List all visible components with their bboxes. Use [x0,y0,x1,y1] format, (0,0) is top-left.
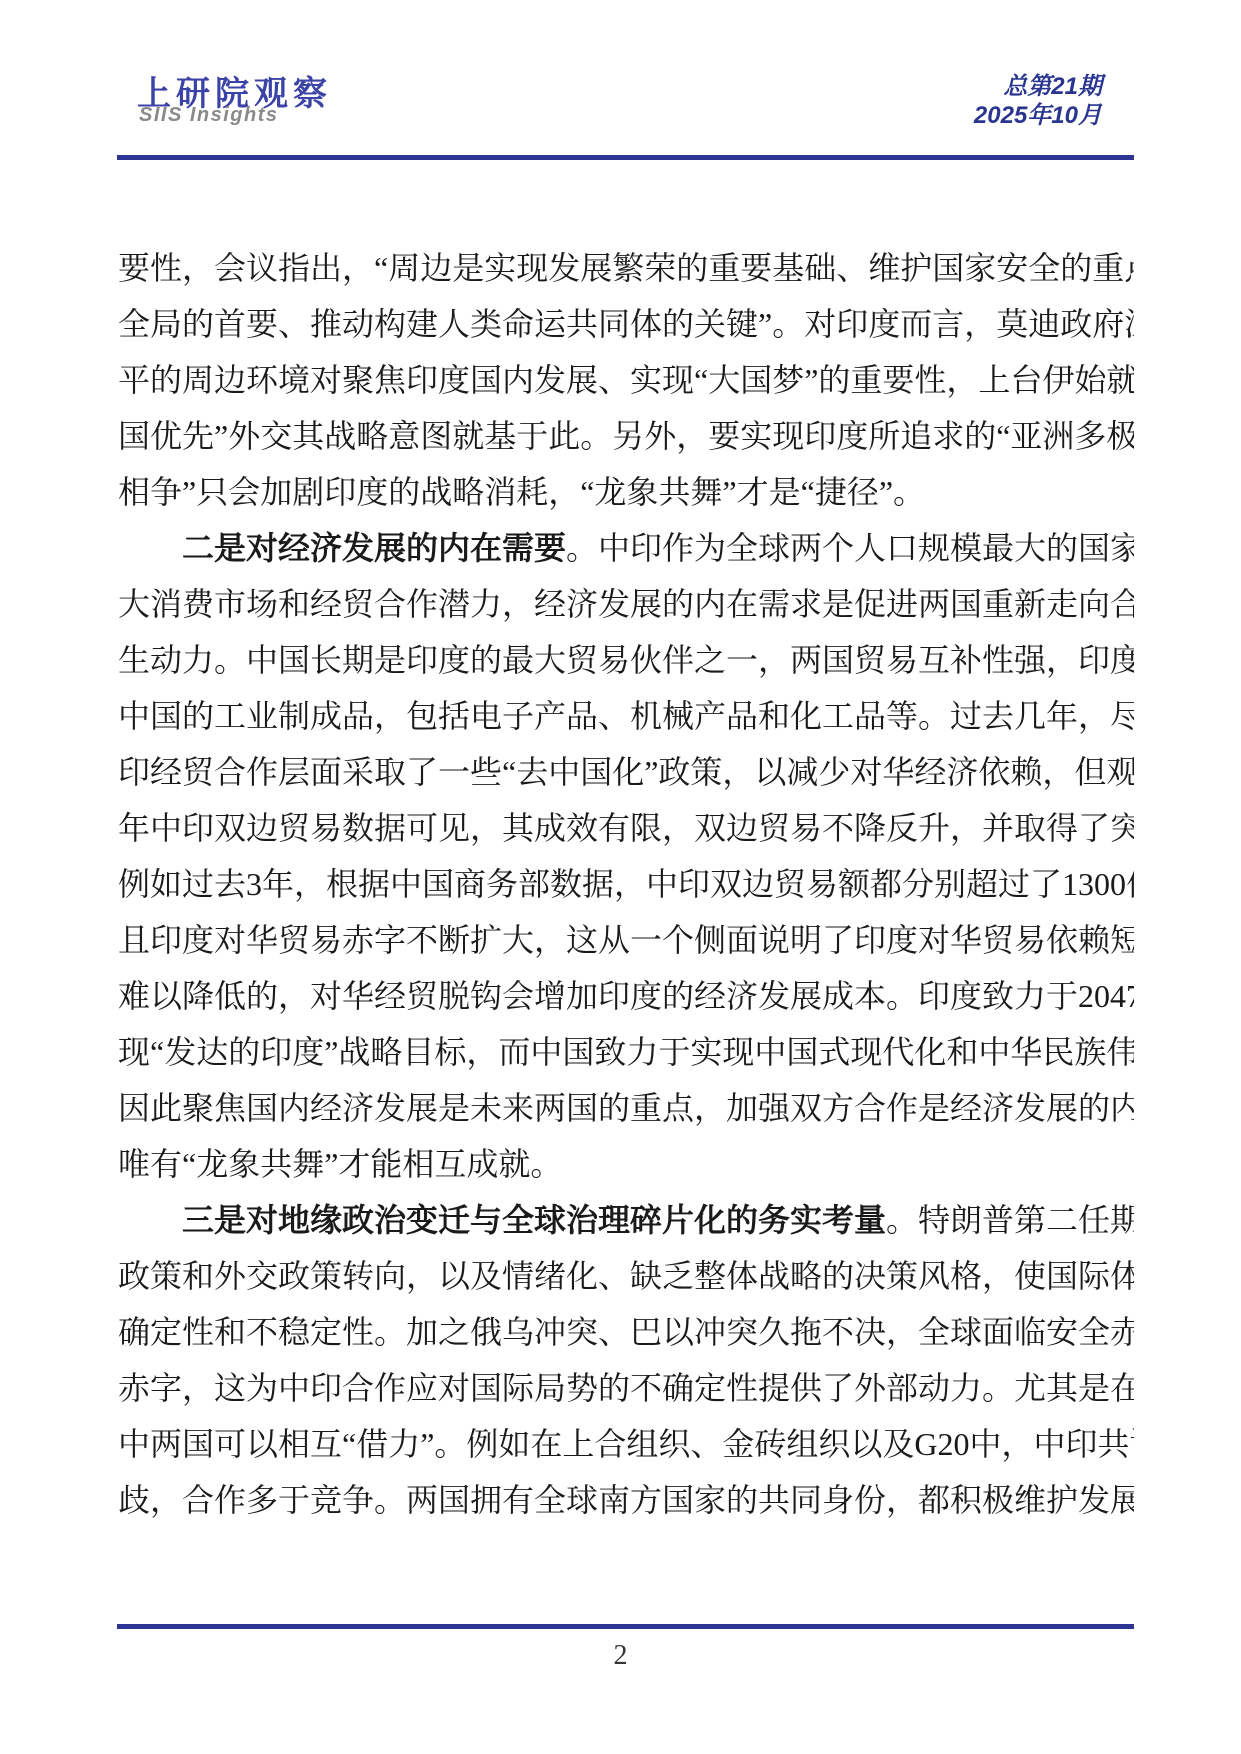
body-line-text: 生动力。中国长期是印度的最大贸易伙伴之一，两国贸易互补性强，印度高度依赖 [118,642,1134,678]
body-line-text: 例如过去3年，根据中国商务部数据，中印双边贸易额都分别超过了1300亿美元。而 [118,866,1134,902]
body-line: 唯有“龙象共舞”才能相互成就。 [118,1136,1134,1192]
body-line: 赤字，这为中印合作应对国际局势的不确定性提供了外部动力。尤其是在多边机制 [118,1360,1134,1416]
body-line: 例如过去3年，根据中国商务部数据，中印双边贸易额都分别超过了1300亿美元。而 [118,856,1134,912]
body-line: 生动力。中国长期是印度的最大贸易伙伴之一，两国贸易互补性强，印度高度依赖 [118,632,1134,688]
body-line-text: 现“发达的印度”战略目标，而中国致力于实现中国式现代化和中华民族伟大复兴， [118,1034,1134,1070]
publication-logo-english: SIIS Insights [139,104,279,127]
issue-date: 2025年10月 [974,101,1102,130]
header-divider-rule [117,155,1134,160]
body-line-text: 印经贸合作层面采取了一些“去中国化”政策，以减少对华经济依赖，但观察过去几 [118,754,1134,790]
body-line-text: 因此聚焦国内经济发展是未来两国的重点，加强双方合作是经济发展的内在需要， [118,1090,1134,1126]
body-line-text: 赤字，这为中印合作应对国际局势的不确定性提供了外部动力。尤其是在多边机制 [118,1370,1134,1406]
body-line: 歧，合作多于竞争。两国拥有全球南方国家的共同身份，都积极维护发展中国家的 [118,1472,1134,1528]
body-line: 三是对地缘政治变迁与全球治理碎片化的务实考量。特朗普第二任期的贸易 [118,1192,1134,1248]
page-number: 2 [0,1640,1241,1672]
body-line: 二是对经济发展的内在需要。中印作为全球两个人口规模最大的国家，拥有庞 [118,520,1134,576]
body-line: 因此聚焦国内经济发展是未来两国的重点，加强双方合作是经济发展的内在需要， [118,1080,1134,1136]
body-line-text: 中国的工业制成品，包括电子产品、机械产品和化工品等。过去几年，尽管印度在中 [118,698,1134,734]
body-line: 平的周边环境对聚焦印度国内发展、实现“大国梦”的重要性，上台伊始就推出的“邻 [118,352,1134,408]
body-line-text: 大消费市场和经贸合作潜力，经济发展的内在需求是促进两国重新走向合作的内 [118,586,1134,622]
body-line-text: 且印度对华贸易赤字不断扩大，这从一个侧面说明了印度对华贸易依赖短期内是 [118,922,1134,958]
paragraph-lead-bold: 二是对经济发展的内在需要 [182,530,566,566]
body-line-text: 。中印作为全球两个人口规模最大的国家，拥有庞 [566,530,1134,566]
body-line-text: 歧，合作多于竞争。两国拥有全球南方国家的共同身份，都积极维护发展中国家的 [118,1482,1134,1518]
body-line-text: 。特朗普第二任期的贸易 [886,1202,1134,1238]
body-line-text: 国优先”外交其战略意图就基于此。另外，要实现印度所追求的“亚洲多极化”，“龙象 [118,418,1134,454]
body-line-text: 要性，会议指出，“周边是实现发展繁荣的重要基础、维护国家安全的重点、运筹外交 [118,250,1134,286]
footer-divider-rule [117,1624,1134,1629]
body-line-text: 难以降低的，对华经贸脱钩会增加印度的经济发展成本。印度致力于2047年实 [118,978,1134,1014]
body-line: 政策和外交政策转向，以及情绪化、缺乏整体战略的决策风格，使国际体系充满不 [118,1248,1134,1304]
body-line-text: 全局的首要、推动构建人类命运共同体的关键”。对印度而言，莫迪政府深知一个和 [118,306,1134,342]
body-line: 中两国可以相互“借力”。例如在上合组织、金砖组织以及G20中，中印共识大于分 [118,1416,1134,1472]
body-line: 相争”只会加剧印度的战略消耗，“龙象共舞”才是“捷径”。 [118,464,1134,520]
paragraph-lead-bold: 三是对地缘政治变迁与全球治理碎片化的务实考量 [182,1202,886,1238]
body-line: 印经贸合作层面采取了一些“去中国化”政策，以减少对华经济依赖，但观察过去几 [118,744,1134,800]
body-line: 现“发达的印度”战略目标，而中国致力于实现中国式现代化和中华民族伟大复兴， [118,1024,1134,1080]
issue-info: 总第21期 2025年10月 [974,72,1102,130]
body-line-text: 年中印双边贸易数据可见，其成效有限，双边贸易不降反升，并取得了突破性进展。 [118,810,1134,846]
body-line-text: 平的周边环境对聚焦印度国内发展、实现“大国梦”的重要性，上台伊始就推出的“邻 [118,362,1134,398]
body-line: 全局的首要、推动构建人类命运共同体的关键”。对印度而言，莫迪政府深知一个和 [118,296,1134,352]
body-line-text: 唯有“龙象共舞”才能相互成就。 [118,1146,562,1182]
body-line-text: 政策和外交政策转向，以及情绪化、缺乏整体战略的决策风格，使国际体系充满不 [118,1258,1134,1294]
document-body-text: 要性，会议指出，“周边是实现发展繁荣的重要基础、维护国家安全的重点、运筹外交全局… [118,240,1134,1528]
body-line-text: 确定性和不稳定性。加之俄乌冲突、巴以冲突久拖不决，全球面临安全赤字和治理 [118,1314,1134,1350]
issue-number: 总第21期 [974,72,1102,101]
body-line: 确定性和不稳定性。加之俄乌冲突、巴以冲突久拖不决，全球面临安全赤字和治理 [118,1304,1134,1360]
body-line: 大消费市场和经贸合作潜力，经济发展的内在需求是促进两国重新走向合作的内 [118,576,1134,632]
body-line: 国优先”外交其战略意图就基于此。另外，要实现印度所追求的“亚洲多极化”，“龙象 [118,408,1134,464]
body-line: 且印度对华贸易赤字不断扩大，这从一个侧面说明了印度对华贸易依赖短期内是 [118,912,1134,968]
body-line-text: 中两国可以相互“借力”。例如在上合组织、金砖组织以及G20中，中印共识大于分 [118,1426,1134,1462]
body-line: 中国的工业制成品，包括电子产品、机械产品和化工品等。过去几年，尽管印度在中 [118,688,1134,744]
document-page: 上研院观察 SIIS Insights 总第21期 2025年10月 要性，会议… [0,0,1241,1754]
body-line: 要性，会议指出，“周边是实现发展繁荣的重要基础、维护国家安全的重点、运筹外交 [118,240,1134,296]
body-line: 难以降低的，对华经贸脱钩会增加印度的经济发展成本。印度致力于2047年实 [118,968,1134,1024]
body-line: 年中印双边贸易数据可见，其成效有限，双边贸易不降反升，并取得了突破性进展。 [118,800,1134,856]
body-line-text: 相争”只会加剧印度的战略消耗，“龙象共舞”才是“捷径”。 [118,474,925,510]
